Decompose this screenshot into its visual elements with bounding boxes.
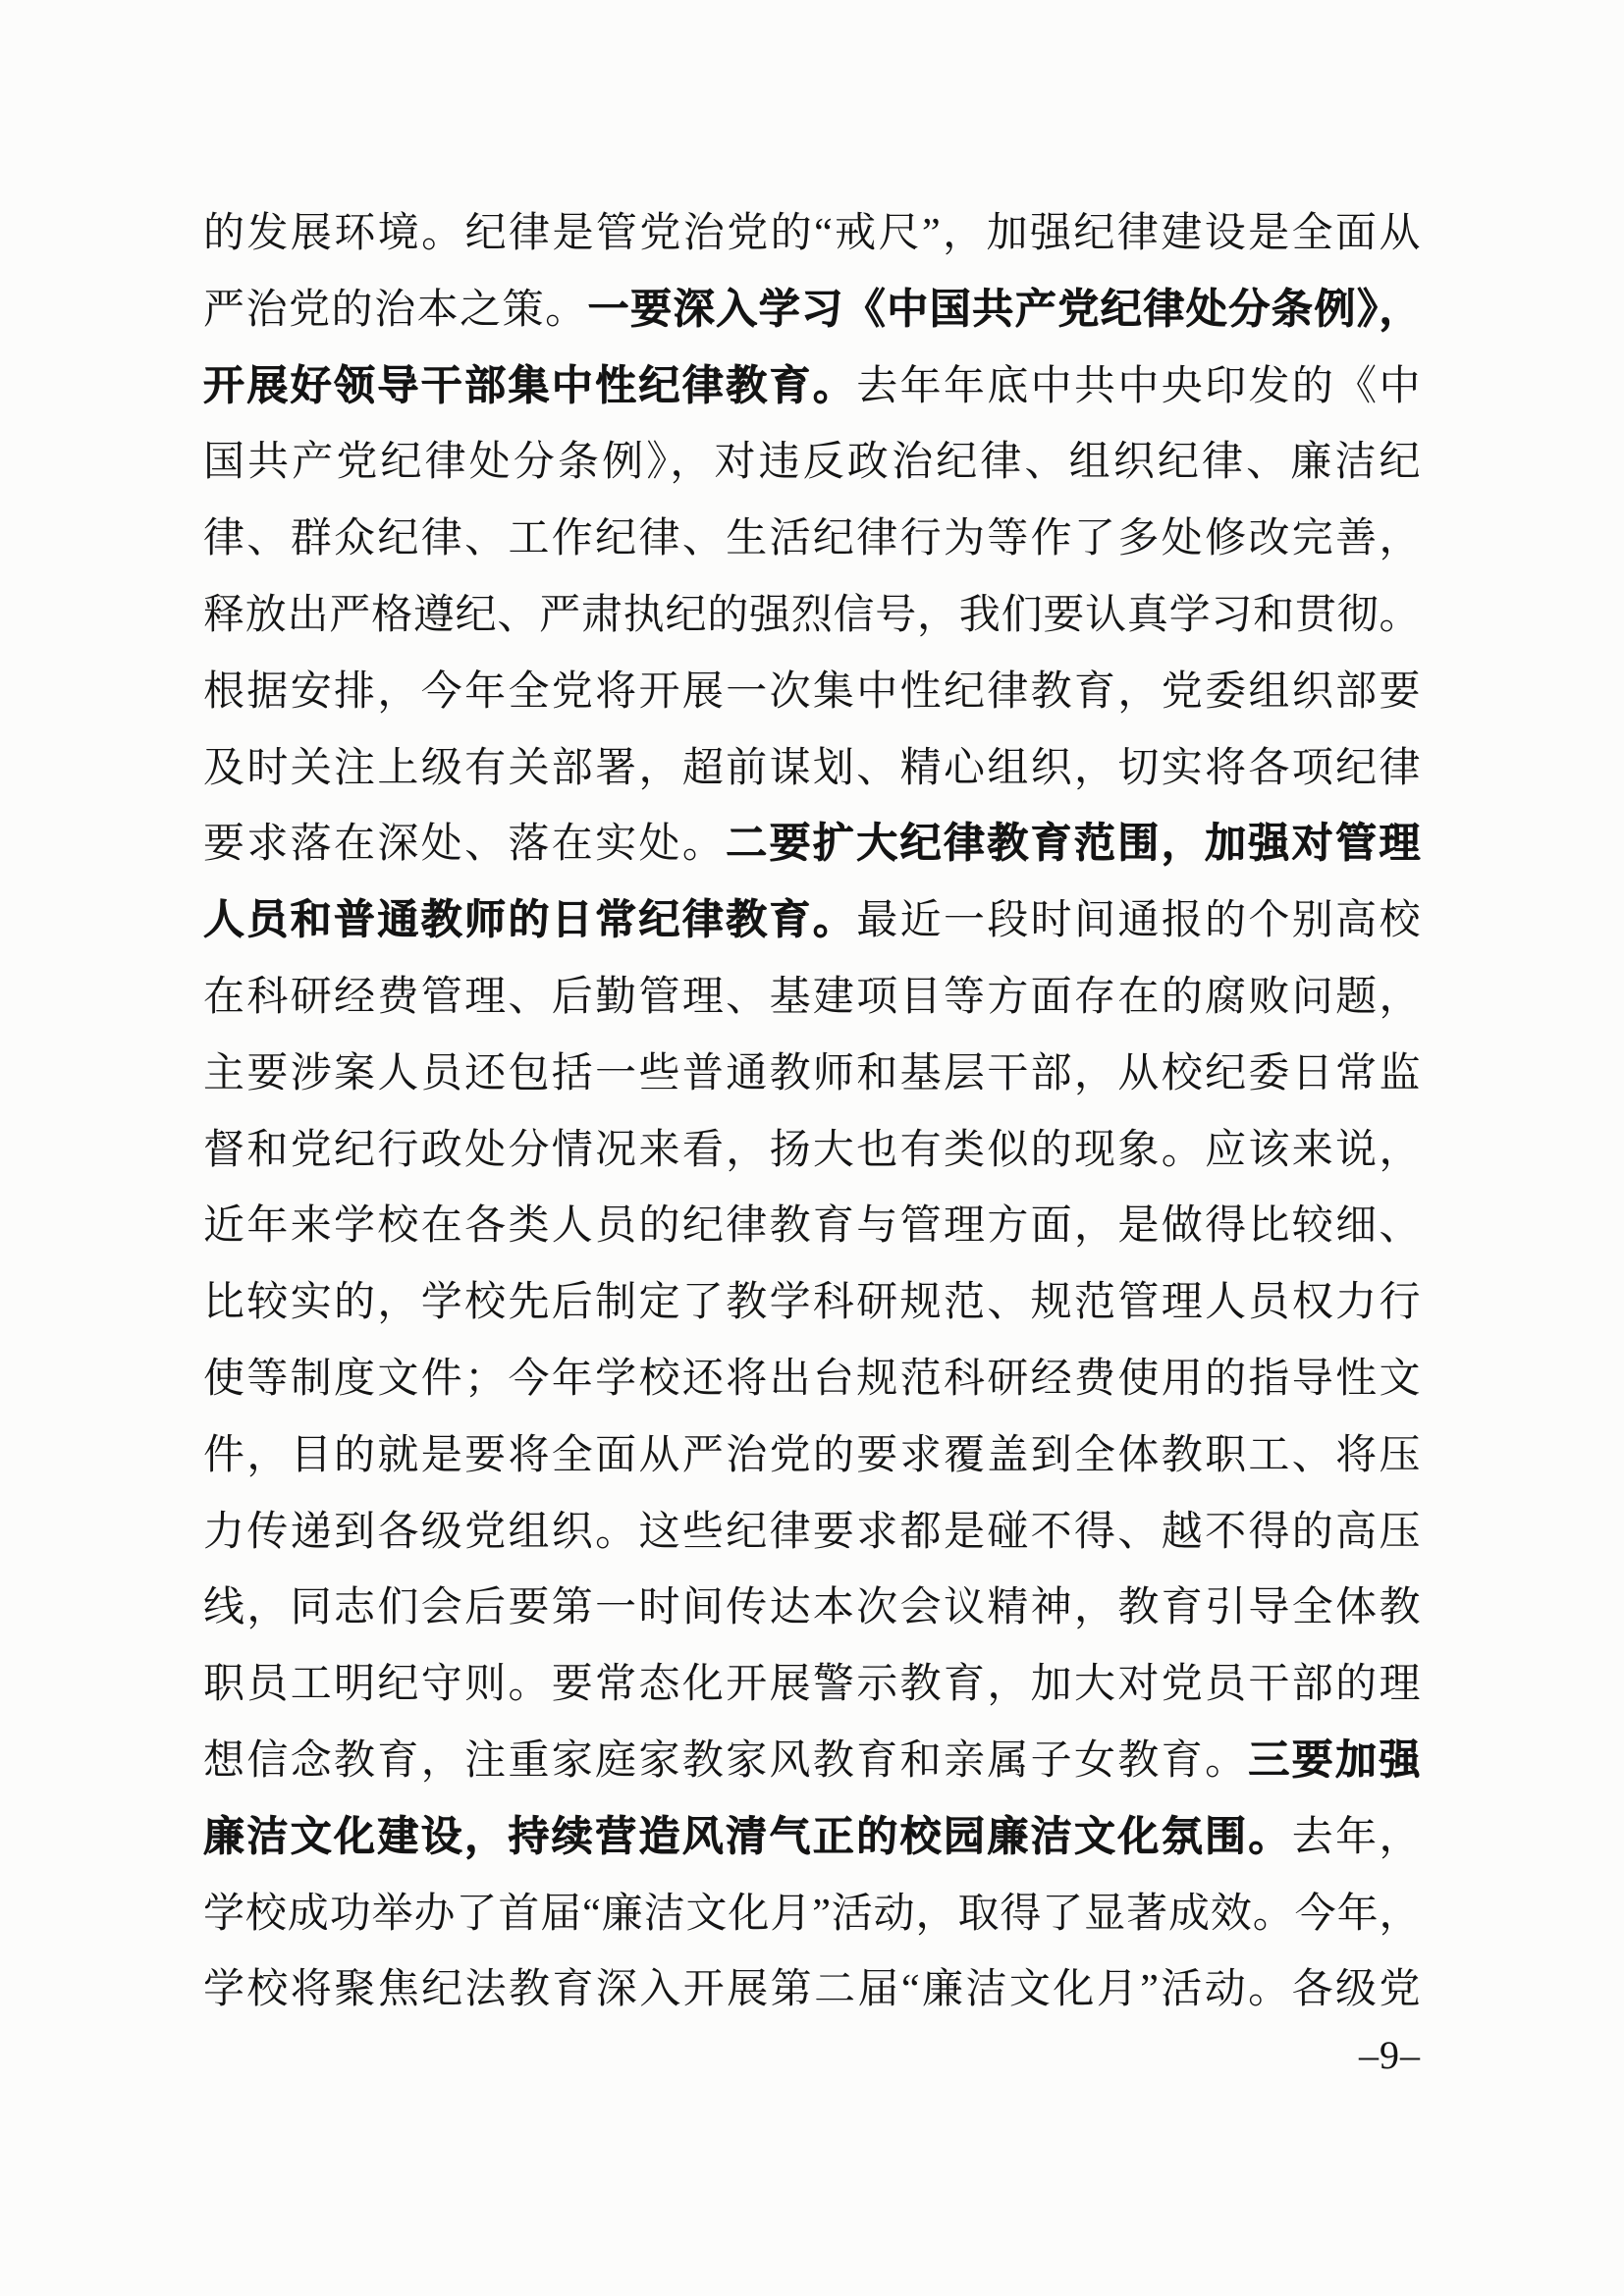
text-segment: 在科研经费管理、后勤管理、基建项目等方面存在的腐败问题， [203,975,1421,1020]
text-segment: 线，同志们会后要第一时间传达本次会议精神，教育引导全体教 [203,1585,1421,1630]
text-segment: 严治党的治本之策。 [203,288,588,333]
text-segment: 最近一段时间通报的个别高校 [856,898,1421,943]
text-segment: 件，目的就是要将全面从严治党的要求覆盖到全体教职工、将压 [203,1433,1421,1478]
text-line-1: 的发展环境。纪律是管党治党的“戒尺”，加强纪律建设是全面从 [203,196,1421,273]
text-line-3: 开展好领导干部集中性纪律教育。去年年底中共中央印发的《中 [203,349,1421,426]
text-line-14: 近年来学校在各类人员的纪律教育与管理方面，是做得比较细、 [203,1189,1421,1265]
text-segment: 使等制度文件；今年学校还将出台规范科研经费使用的指导性文 [203,1357,1421,1402]
bold-text-segment: 开展好领导干部集中性纪律教育。 [203,364,856,409]
text-line-22: 廉洁文化建设，持续营造风清气正的校园廉洁文化氛围。去年， [203,1800,1421,1877]
text-line-12: 主要涉案人员还包括一些普通教师和基层干部，从校纪委日常监 [203,1037,1421,1113]
bold-text-segment: 一要深入学习《中国共产党纪律处分条例》， [588,288,1421,333]
text-line-21: 想信念教育，注重家庭家教家风教育和亲属子女教育。三要加强 [203,1724,1421,1800]
text-segment: 力传递到各级党组织。这些纪律要求都是碰不得、越不得的高压 [203,1510,1421,1555]
text-line-11: 在科研经费管理、后勤管理、基建项目等方面存在的腐败问题， [203,960,1421,1037]
text-segment: 督和党纪行政处分情况来看，扬大也有类似的现象。应该来说， [203,1128,1421,1173]
text-line-15: 比较实的，学校先后制定了教学科研规范、规范管理人员权力行 [203,1265,1421,1342]
text-line-6: 释放出严格遵纪、严肃执纪的强烈信号，我们要认真学习和贯彻。 [203,578,1421,655]
text-line-16: 使等制度文件；今年学校还将出台规范科研经费使用的指导性文 [203,1342,1421,1418]
document-page: 的发展环境。纪律是管党治党的“戒尺”，加强纪律建设是全面从严治党的治本之策。一要… [0,0,1624,2296]
text-segment: 想信念教育，注重家庭家教家风教育和亲属子女教育。 [203,1738,1248,1784]
text-line-10: 人员和普通教师的日常纪律教育。最近一段时间通报的个别高校 [203,883,1421,960]
text-line-7: 根据安排，今年全党将开展一次集中性纪律教育，党委组织部要 [203,655,1421,731]
text-segment: 根据安排，今年全党将开展一次集中性纪律教育，党委组织部要 [203,669,1421,715]
text-segment: 去年年底中共中央印发的《中 [856,364,1421,409]
text-line-2: 严治党的治本之策。一要深入学习《中国共产党纪律处分条例》， [203,273,1421,349]
text-segment: 近年来学校在各类人员的纪律教育与管理方面，是做得比较细、 [203,1203,1421,1249]
text-line-5: 律、群众纪律、工作纪律、生活纪律行为等作了多处修改完善， [203,502,1421,578]
text-line-17: 件，目的就是要将全面从严治党的要求覆盖到全体教职工、将压 [203,1418,1421,1495]
text-segment: 的发展环境。纪律是管党治党的“戒尺”，加强纪律建设是全面从 [203,211,1421,256]
text-line-19: 线，同志们会后要第一时间传达本次会议精神，教育引导全体教 [203,1571,1421,1647]
body-text: 的发展环境。纪律是管党治党的“戒尺”，加强纪律建设是全面从严治党的治本之策。一要… [203,196,1421,2029]
text-segment: 学校将聚焦纪法教育深入开展第二届“廉洁文化月”活动。各级党 [203,1967,1421,2012]
text-line-4: 国共产党纪律处分条例》，对违反政治纪律、组织纪律、廉洁纪 [203,425,1421,502]
text-segment: 国共产党纪律处分条例》，对违反政治纪律、组织纪律、廉洁纪 [203,440,1421,485]
text-line-13: 督和党纪行政处分情况来看，扬大也有类似的现象。应该来说， [203,1113,1421,1190]
page-number: –9– [1359,2030,1421,2081]
bold-text-segment: 三要加强 [1248,1738,1421,1784]
text-segment: 去年， [1292,1815,1421,1860]
text-line-23: 学校成功举办了首届“廉洁文化月”活动，取得了显著成效。今年， [203,1877,1421,1953]
text-segment: 职员工明纪守则。要常态化开展警示教育，加大对党员干部的理 [203,1662,1421,1707]
text-line-20: 职员工明纪守则。要常态化开展警示教育，加大对党员干部的理 [203,1647,1421,1724]
bold-text-segment: 廉洁文化建设，持续营造风清气正的校园廉洁文化氛围。 [203,1815,1292,1860]
text-segment: 学校成功举办了首届“廉洁文化月”活动，取得了显著成效。今年， [203,1892,1421,1937]
text-segment: 及时关注上级有关部署，超前谋划、精心组织，切实将各项纪律 [203,746,1421,791]
text-segment: 释放出严格遵纪、严肃执纪的强烈信号，我们要认真学习和贯彻。 [203,593,1421,638]
text-segment: 律、群众纪律、工作纪律、生活纪律行为等作了多处修改完善， [203,516,1421,561]
text-line-9: 要求落在深处、落在实处。二要扩大纪律教育范围，加强对管理 [203,807,1421,883]
text-segment: 主要涉案人员还包括一些普通教师和基层干部，从校纪委日常监 [203,1051,1421,1096]
text-line-18: 力传递到各级党组织。这些纪律要求都是碰不得、越不得的高压 [203,1495,1421,1572]
text-segment: 要求落在深处、落在实处。 [203,822,726,867]
text-segment: 比较实的，学校先后制定了教学科研规范、规范管理人员权力行 [203,1280,1421,1325]
bold-text-segment: 二要扩大纪律教育范围，加强对管理 [726,822,1421,867]
text-line-8: 及时关注上级有关部署，超前谋划、精心组织，切实将各项纪律 [203,731,1421,808]
bold-text-segment: 人员和普通教师的日常纪律教育。 [203,898,856,943]
text-line-24: 学校将聚焦纪法教育深入开展第二届“廉洁文化月”活动。各级党 [203,1952,1421,2029]
